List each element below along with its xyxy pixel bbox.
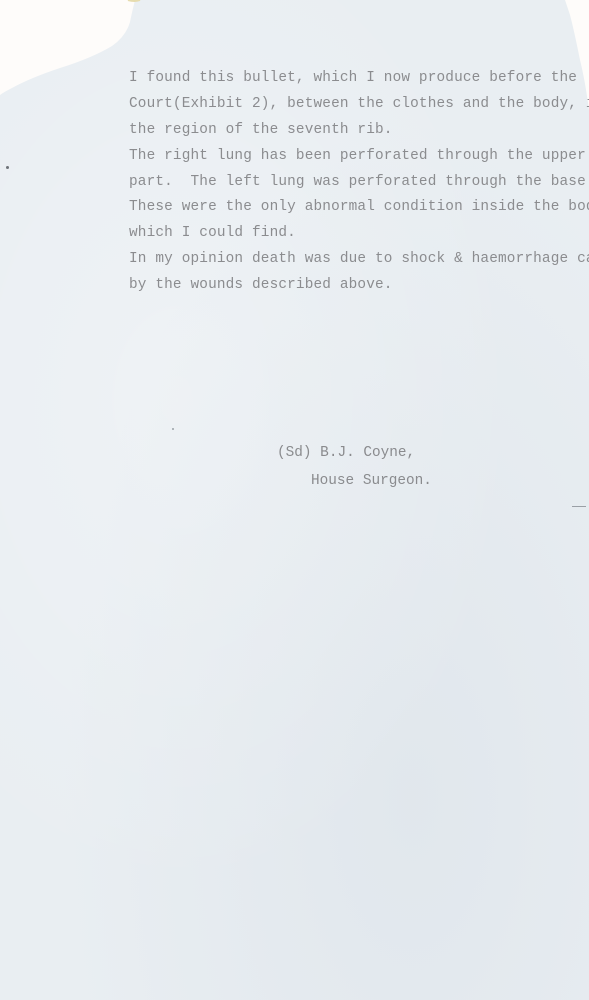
body-line-2: Court(Exhibit 2), between the clothes an… bbox=[129, 95, 589, 113]
ink-speck bbox=[6, 166, 9, 169]
signature-name: (Sd) B.J. Coyne, bbox=[277, 444, 415, 462]
signature-title: House Surgeon. bbox=[311, 472, 432, 490]
body-line-8: In my opinion death was due to shock & h… bbox=[129, 250, 589, 268]
body-line-3: the region of the seventh rib. bbox=[129, 121, 393, 139]
body-line-5: part. The left lung was perforated throu… bbox=[129, 173, 589, 191]
edge-mark bbox=[572, 506, 586, 507]
body-line-1: I found this bullet, which I now produce… bbox=[129, 69, 577, 87]
body-line-6: These were the only abnormal condition i… bbox=[129, 198, 589, 216]
body-line-4: The right lung has been perforated throu… bbox=[129, 147, 586, 165]
ink-speck bbox=[172, 428, 174, 430]
document-page: I found this bullet, which I now produce… bbox=[0, 0, 589, 1000]
body-line-7: which I could find. bbox=[129, 224, 296, 242]
body-line-9: by the wounds described above. bbox=[129, 276, 393, 294]
